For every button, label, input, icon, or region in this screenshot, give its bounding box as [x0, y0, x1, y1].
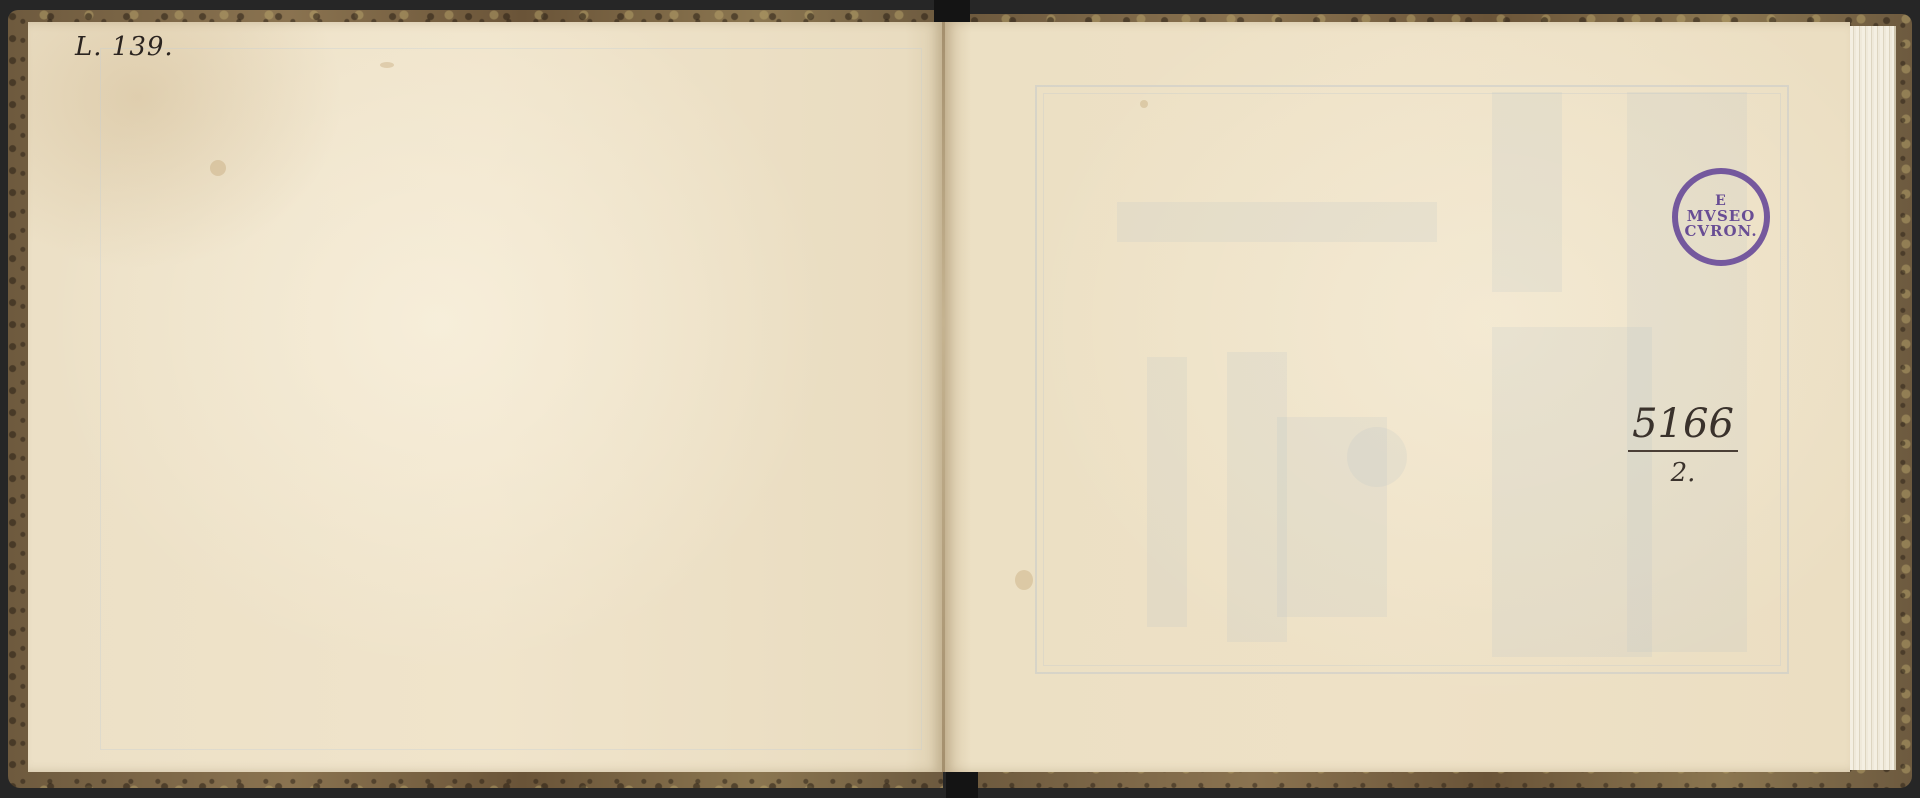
museum-stamp: E MVSEO CVRON. — [1672, 168, 1770, 266]
inventory-underline — [1628, 450, 1738, 452]
left-page-plate-impression — [100, 48, 922, 750]
page-block-fore-edge — [1850, 26, 1896, 770]
inventory-number: 5166 2. — [1628, 400, 1738, 488]
ghost-table-figure — [1117, 202, 1437, 242]
stamp-line: CVRON. — [1684, 224, 1757, 240]
shelfmark-annotation: L. 139. — [75, 32, 174, 62]
inventory-number-value: 5166 — [1628, 400, 1738, 448]
book-scan: L. 139. E MVSEO CVRON. 5166 2. — [0, 0, 1920, 798]
foxing-stain — [380, 62, 394, 68]
foxing-stain — [1015, 570, 1033, 590]
show-through-plate — [1035, 85, 1789, 674]
inventory-volume: 2. — [1628, 458, 1738, 488]
ghost-tall-figure — [1492, 92, 1562, 292]
ghost-circle-figure — [1347, 427, 1407, 487]
foxing-stain — [210, 160, 226, 176]
ghost-column-figure — [1147, 357, 1187, 627]
spine-gap-bottom — [946, 772, 978, 798]
foxing-stain — [1140, 100, 1148, 108]
gutter — [942, 22, 945, 772]
